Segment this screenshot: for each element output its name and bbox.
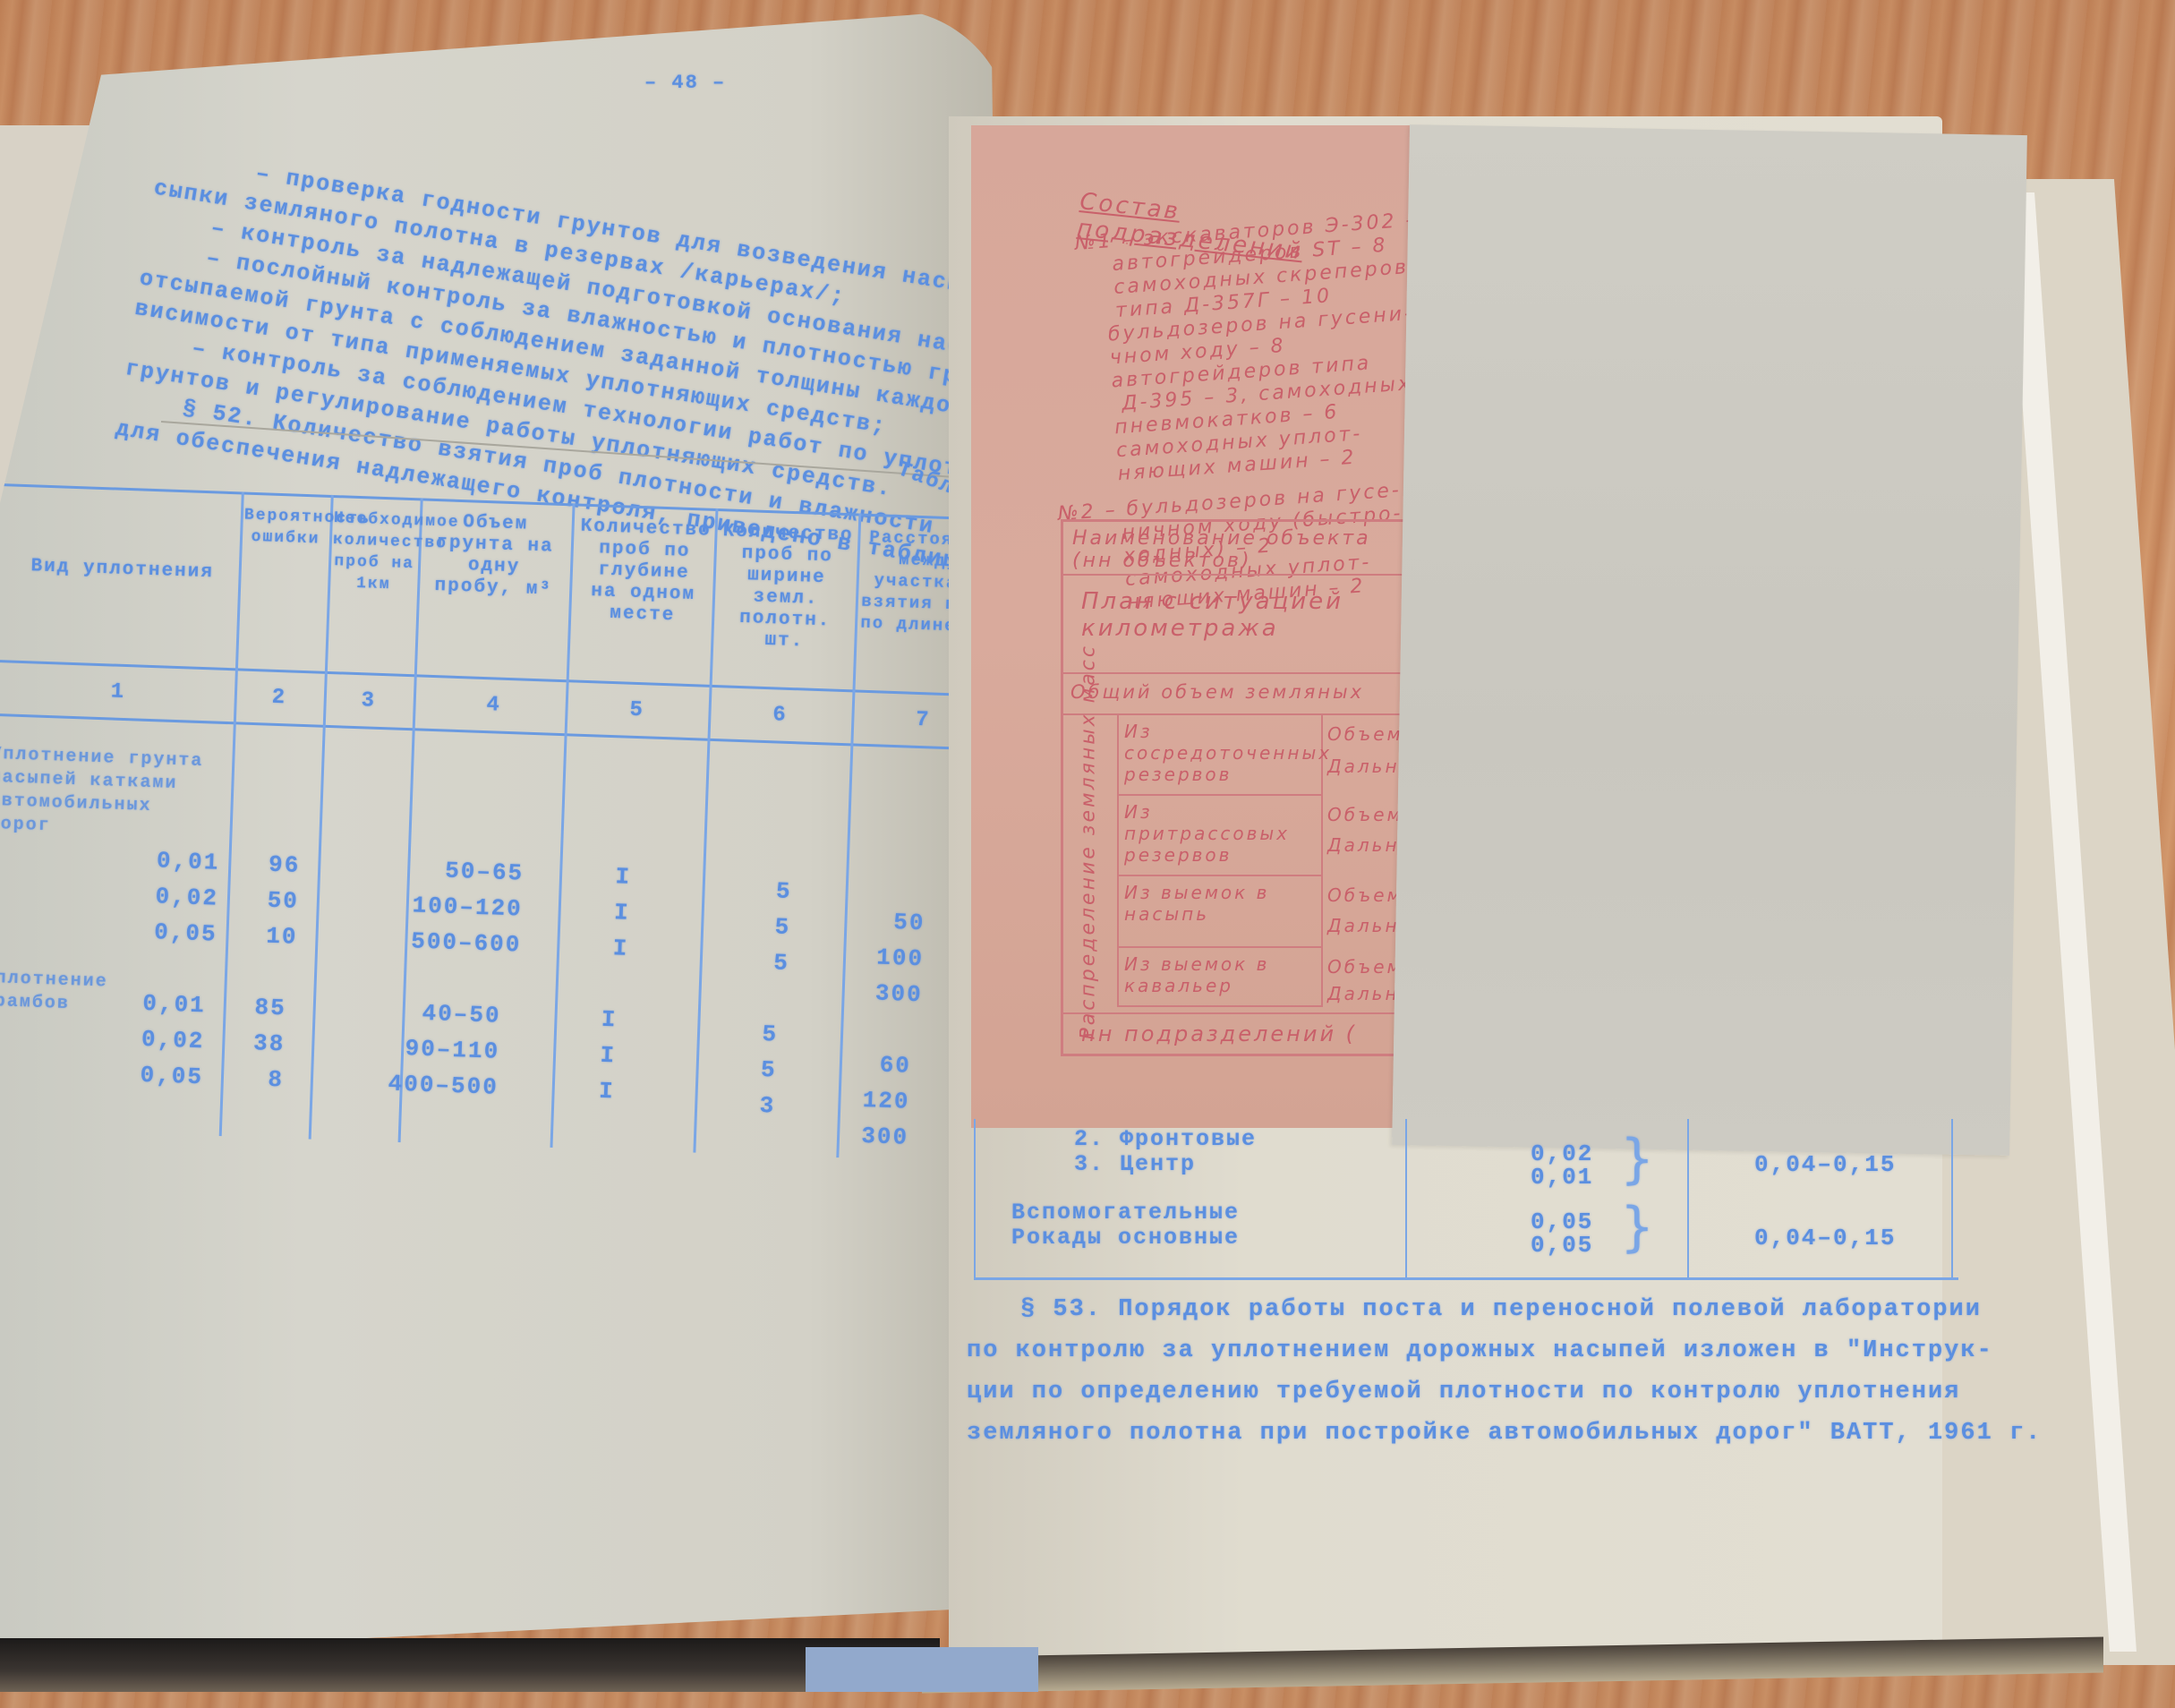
cell-depth: I xyxy=(580,1041,617,1069)
column-number: 1 xyxy=(90,679,145,705)
red-side-label: Дальность возки xyxy=(1327,756,1410,776)
text-line: ции по определению требуемой плотности п… xyxy=(967,1371,2068,1413)
red-vertical-label: Распределение земляных масс xyxy=(1070,715,1106,1055)
column-number: 2 xyxy=(252,685,306,711)
red-side-label: Объем xyxy=(1327,885,1403,905)
header-cell: Необходимое количество проб на 1км xyxy=(331,508,418,596)
cell-samples: 38 xyxy=(222,1029,286,1057)
cell-error: 0,05 xyxy=(114,1061,204,1090)
red-source-cell: Из притрассовых резервов xyxy=(1117,796,1323,876)
header-cell: Количество проб по глубине на одном мест… xyxy=(577,517,711,628)
road-type-range: 0,04–0,15 xyxy=(1754,1151,1896,1178)
red-side-label: Объем xyxy=(1327,957,1403,977)
left-page: – 48 – – проверка годности грунтов для в… xyxy=(0,9,1011,1656)
column-divider xyxy=(1405,1119,1407,1280)
column-number: 4 xyxy=(466,692,521,718)
column-divider xyxy=(1951,1119,1953,1280)
cell-samples: 50 xyxy=(235,886,299,915)
road-type-table: 2. Фронтовые 3. Центр Вспомогательные Ро… xyxy=(974,1119,1958,1280)
cell-distance: 100 xyxy=(843,943,925,972)
column-number: 7 xyxy=(896,707,951,733)
column-divider xyxy=(1687,1119,1689,1280)
cell-width: 5 xyxy=(742,1020,779,1047)
cell-volume: 400–500 xyxy=(354,1069,499,1101)
cell-depth: I xyxy=(593,898,630,926)
cell-width: 5 xyxy=(740,1055,777,1083)
cell-error: 0,02 xyxy=(115,1025,205,1055)
cell-width: 5 xyxy=(753,949,789,977)
cell-width: 3 xyxy=(739,1091,776,1119)
column-number: 6 xyxy=(753,703,807,729)
cell-error: 0,05 xyxy=(127,918,217,947)
cell-width: 5 xyxy=(755,877,792,905)
road-type-name: Рокады основные xyxy=(1011,1225,1240,1251)
column-number: 5 xyxy=(610,697,664,723)
cell-distance: 300 xyxy=(828,1122,909,1151)
red-source-cell: Из выемок в насыпь xyxy=(1117,876,1323,948)
red-side-label: Объем xyxy=(1327,724,1403,744)
cell-depth: I xyxy=(581,1005,618,1033)
red-vertical-text: Распределение земляных масс xyxy=(1078,718,1100,1040)
road-type-name: 2. Фронтовые xyxy=(1074,1126,1257,1152)
cell-depth: I xyxy=(578,1077,615,1105)
cell-samples: 96 xyxy=(237,850,301,879)
grey-overlay-sheet xyxy=(1392,124,2027,1156)
cell-volume: 90–110 xyxy=(356,1033,500,1065)
cell-error: 0,01 xyxy=(115,989,206,1019)
header-cell: Вероятность ошибки xyxy=(243,505,329,551)
text-line: по контролю за уплотнением дорожных насы… xyxy=(967,1330,2068,1371)
sampling-table: Вид уплотнения Вероятность ошибки Необхо… xyxy=(0,483,1002,1163)
red-row-plan: План с ситуацией километража xyxy=(1063,576,1407,674)
cell-distance: 300 xyxy=(841,978,923,1008)
cell-volume: 100–120 xyxy=(379,891,523,923)
cell-depth: I xyxy=(595,862,632,890)
brace-icon: } xyxy=(1620,1196,1656,1259)
cell-error: 0,02 xyxy=(128,882,218,911)
page-number: – 48 – xyxy=(644,72,726,94)
road-type-name: 3. Центр xyxy=(1074,1151,1196,1177)
cell-volume: 50–65 xyxy=(380,855,525,887)
cell-distance: 120 xyxy=(829,1086,910,1115)
brace-icon: } xyxy=(1620,1128,1656,1191)
blue-spine-tab xyxy=(806,1647,1038,1692)
road-type-value: 0,01 xyxy=(1531,1164,1593,1191)
text-line: земляного полотна при постройке автомоби… xyxy=(967,1413,2068,1454)
cell-width: 5 xyxy=(755,913,791,941)
red-source-cell: Из сосредоточенных резервов xyxy=(1117,715,1323,796)
red-row-total-volume: Общий объем земляных xyxy=(1063,674,1407,715)
red-source-cell: Из выемок в кавальер xyxy=(1117,948,1323,1007)
road-type-range: 0,04–0,15 xyxy=(1754,1225,1896,1251)
cell-samples: 8 xyxy=(220,1064,284,1093)
cell-distance: 60 xyxy=(830,1050,911,1080)
row-group-label: Уплотнение трамбов xyxy=(0,967,90,1017)
paragraph-53: § 53. Порядок работы поста и переносной … xyxy=(967,1289,2068,1454)
red-row-units: нн подразделений ( xyxy=(1063,1012,1407,1057)
cell-samples: 85 xyxy=(223,993,286,1021)
red-overlay-form: Состав подразделений №1 – экскаваторов Э… xyxy=(971,125,1410,1128)
book-binding-shadow xyxy=(0,1638,940,1692)
road-type-value: 0,05 xyxy=(1531,1232,1593,1259)
red-form-table: Наименование объекта (нн объектов) План … xyxy=(1061,519,1410,1056)
cell-volume: 40–50 xyxy=(357,997,501,1029)
red-side-label: Объем xyxy=(1327,805,1403,824)
text-line: § 53. Порядок работы поста и переносной … xyxy=(967,1289,2068,1330)
cell-depth: I xyxy=(593,934,629,961)
header-cell: Объем грунта на одну пробу, м³ xyxy=(426,511,563,602)
column-number: 3 xyxy=(341,687,396,713)
header-cell: Количество проб по ширине земл. полотн. … xyxy=(718,521,855,654)
cell-distance: 50 xyxy=(844,907,925,936)
row-group-label: Уплотнение грунта насыпей катками автомо… xyxy=(0,743,215,844)
cell-volume: 500–600 xyxy=(378,927,522,959)
road-type-name: Вспомогательные xyxy=(1011,1200,1240,1225)
red-row-object-name: Наименование объекта (нн объектов) xyxy=(1063,522,1407,576)
cell-samples: 10 xyxy=(235,921,298,950)
cell-error: 0,01 xyxy=(130,846,220,875)
